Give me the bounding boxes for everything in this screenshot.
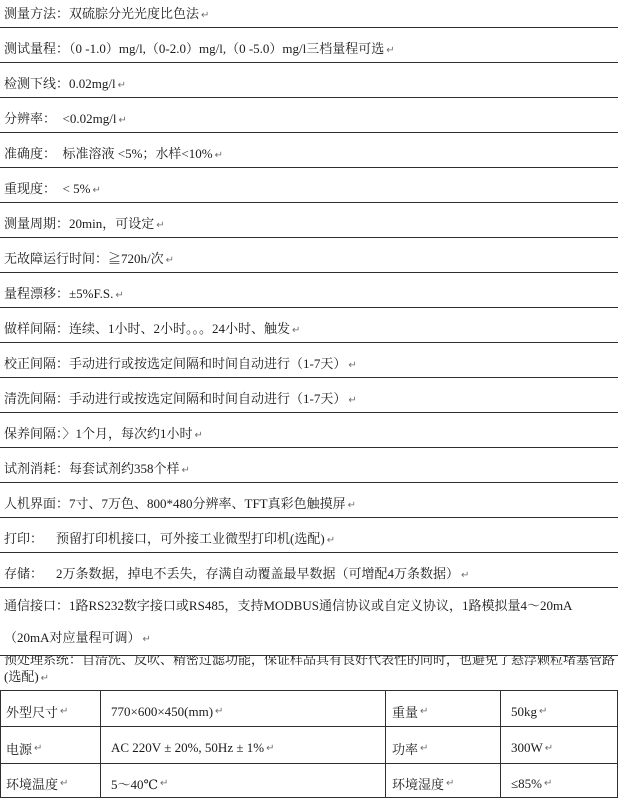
paragraph-mark-icon: ↵ (346, 395, 356, 406)
cell-text: ≤85% (511, 776, 542, 792)
spec-row-measure-method: 测量方法：双硫腙分光光度比色法↵ (0, 0, 618, 28)
spec-text: 预处理系统：自清洗、反吹、精密过滤功能，保证样品具有良好代表性的同时，也避免了悬… (0, 656, 618, 690)
spec-text: 存储： 2万条数据，掉电不丢失，存满自动覆盖最早数据（可增配4万条数据）↵ (0, 565, 618, 587)
spec-row-communication-interface: 通信接口：1路RS232数字接口或RS485，支持MODBUS通信协议或自定义协… (0, 588, 618, 656)
paragraph-mark-icon: ↵ (90, 185, 100, 196)
table-cell-value: AC 220V ± 20%, 50Hz ± 1%↵ (101, 727, 386, 763)
cell-text: AC 220V ± 20%, 50Hz ± 1% (111, 740, 264, 756)
table-cell-value: ≤85%↵ (501, 764, 617, 797)
spec-value: 自清洗、反吹、精密过滤功能，保证样品具有良好代表性的同时，也避免了悬浮颗粒堵塞管… (4, 656, 615, 684)
paragraph-mark-icon: ↵ (444, 778, 454, 789)
spec-row-pretreatment-system: 预处理系统：自清洗、反吹、精密过滤功能，保证样品具有良好代表性的同时，也避免了悬… (0, 656, 618, 691)
spec-list: 测量方法：双硫腙分光光度比色法↵ 测试量程：（0 -1.0）mg/l,（0-2.… (0, 0, 618, 691)
cell-text: 环境湿度 (392, 774, 444, 793)
paragraph-mark-icon: ↵ (58, 706, 68, 717)
paragraph-mark-icon: ↵ (537, 706, 547, 717)
spec-row-cleaning-interval: 清洗间隔：手动进行或按选定间隔和时间自动进行（1-7天）↵ (0, 378, 618, 413)
parameters-table: 外型尺寸↵ 770×600×450(mm)↵ 重量↵ 50kg↵ 电源↵ AC … (0, 691, 618, 798)
spec-value: 20min，可设定 (69, 216, 154, 231)
spec-value: 双硫腙分光光度比色法 (69, 6, 199, 21)
table-row-power-supply: 电源↵ AC 220V ± 20%, 50Hz ± 1%↵ 功率↵ 300W↵ (1, 727, 617, 764)
cell-text: 电源 (6, 739, 32, 758)
spec-text: 清洗间隔：手动进行或按选定间隔和时间自动进行（1-7天）↵ (0, 390, 618, 412)
table-cell-label: 外型尺寸↵ (1, 691, 101, 726)
spec-text: 打印： 预留打印机接口，可外接工业微型打印机(选配)↵ (0, 530, 618, 552)
table-cell-value: 300W↵ (501, 727, 617, 763)
spec-text: 测试量程：（0 -1.0）mg/l,（0-2.0）mg/l,（0 -5.0）mg… (0, 40, 618, 62)
paragraph-mark-icon: ↵ (32, 743, 42, 754)
spec-text: 检测下线：0.02mg/l↵ (0, 75, 618, 97)
cell-text: 重量 (392, 702, 418, 721)
paragraph-mark-icon: ↵ (418, 706, 428, 717)
spec-row-hmi: 人机界面：7寸、7万色、800*480分辨率、TFT真彩色触摸屏↵ (0, 483, 618, 518)
paragraph-mark-icon: ↵ (346, 360, 356, 371)
spec-label: 保养间隔： (4, 426, 63, 441)
spec-row-repeatability: 重现度： < 5%↵ (0, 168, 618, 203)
spec-text: 分辨率： <0.02mg/l↵ (0, 110, 618, 132)
table-row-environment: 环境温度↵ 5～40℃↵ 环境湿度↵ ≤85%↵ (1, 764, 617, 798)
spec-text: 测量周期：20min，可设定↵ (0, 215, 618, 237)
paragraph-mark-icon: ↵ (113, 290, 123, 301)
spec-value: 〉1个月，每次约1小时 (63, 426, 193, 441)
spec-text: 校正间隔：手动进行或按选定间隔和时间自动进行（1-7天）↵ (0, 355, 618, 377)
paragraph-mark-icon: ↵ (58, 778, 68, 789)
spec-label: 量程漂移： (4, 286, 69, 301)
table-cell-value: 50kg↵ (501, 691, 617, 726)
spec-value: ±5%F.S. (69, 286, 113, 301)
spec-row-sampling-interval: 做样间隔：连续、1小时、2小时。。。24小时、触发↵ (0, 308, 618, 343)
paragraph-mark-icon: ↵ (213, 150, 223, 161)
paragraph-mark-icon: ↵ (290, 325, 300, 336)
table-cell-label: 环境温度↵ (1, 764, 101, 797)
spec-value: 1路RS232数字接口或RS485，支持MODBUS通信协议或自定义协议，1路模… (4, 598, 572, 645)
spec-value: < 5% (56, 181, 90, 196)
spec-value: 手动进行或按选定间隔和时间自动进行（1-7天） (69, 356, 346, 371)
paragraph-mark-icon: ↵ (116, 115, 126, 126)
spec-value: 7寸、7万色、800*480分辨率、TFT真彩色触摸屏 (69, 496, 346, 511)
cell-text: 功率 (392, 739, 418, 758)
spec-text: 人机界面：7寸、7万色、800*480分辨率、TFT真彩色触摸屏↵ (0, 495, 618, 517)
spec-row-printing: 打印： 预留打印机接口，可外接工业微型打印机(选配)↵ (0, 518, 618, 553)
spec-row-test-range: 测试量程：（0 -1.0）mg/l,（0-2.0）mg/l,（0 -5.0）mg… (0, 28, 618, 63)
spec-text: 量程漂移：±5%F.S.↵ (0, 285, 618, 307)
paragraph-mark-icon: ↵ (346, 500, 356, 511)
paragraph-mark-icon: ↵ (325, 535, 335, 546)
cell-text: 外型尺寸 (6, 702, 58, 721)
spec-row-storage: 存储： 2万条数据，掉电不丢失，存满自动覆盖最早数据（可增配4万条数据）↵ (0, 553, 618, 588)
spec-row-measure-cycle: 测量周期：20min，可设定↵ (0, 203, 618, 238)
cell-text: 300W (511, 740, 543, 756)
table-cell-label: 电源↵ (1, 727, 101, 763)
spec-text: 通信接口：1路RS232数字接口或RS485，支持MODBUS通信协议或自定义协… (0, 588, 618, 656)
paragraph-mark-icon: ↵ (213, 706, 223, 717)
spec-value: 0.02mg/l (69, 76, 116, 91)
table-cell-value: 5～40℃↵ (101, 764, 386, 797)
spec-label: 无故障运行时间： (4, 251, 108, 266)
paragraph-mark-icon: ↵ (384, 45, 394, 56)
spec-row-mtbf: 无故障运行时间：≧720h/次↵ (0, 238, 618, 273)
table-cell-label: 功率↵ (386, 727, 501, 763)
spec-label: 准确度： (4, 146, 56, 161)
paragraph-mark-icon: ↵ (164, 255, 174, 266)
paragraph-mark-icon: ↵ (154, 220, 164, 231)
cell-text: 50kg (511, 704, 537, 720)
cell-text: 770×600×450(mm) (111, 704, 213, 720)
spec-label: 通信接口： (4, 598, 69, 613)
spec-row-maintenance-interval: 保养间隔：〉1个月，每次约1小时↵ (0, 413, 618, 448)
paragraph-mark-icon: ↵ (264, 743, 274, 754)
spec-label: 预处理系统： (4, 656, 82, 667)
spec-text: 试剂消耗：每套试剂约358个样↵ (0, 460, 618, 482)
spec-row-resolution: 分辨率： <0.02mg/l↵ (0, 98, 618, 133)
spec-value: 标准溶液 <5%；水样<10% (56, 146, 213, 161)
table-cell-value: 770×600×450(mm)↵ (101, 691, 386, 726)
cell-text: 环境温度 (6, 774, 58, 793)
spec-value: 预留打印机接口，可外接工业微型打印机(选配) (43, 531, 325, 546)
spec-label: 打印： (4, 531, 43, 546)
cell-text: 5～40℃ (111, 774, 158, 793)
spec-label: 清洗间隔： (4, 391, 69, 406)
paragraph-mark-icon: ↵ (193, 430, 203, 441)
spec-label: 测量方法： (4, 6, 69, 21)
spec-value: 连续、1小时、2小时。。。24小时、触发 (69, 321, 290, 336)
spec-row-calibration-interval: 校正间隔：手动进行或按选定间隔和时间自动进行（1-7天）↵ (0, 343, 618, 378)
paragraph-mark-icon: ↵ (141, 634, 151, 645)
spec-label: 校正间隔： (4, 356, 69, 371)
spec-text: 测量方法：双硫腙分光光度比色法↵ (0, 5, 618, 27)
spec-row-reagent-consumption: 试剂消耗：每套试剂约358个样↵ (0, 448, 618, 483)
spec-label: 做样间隔： (4, 321, 69, 336)
spec-label: 检测下线： (4, 76, 69, 91)
spec-value: ≧720h/次 (108, 251, 164, 266)
spec-row-accuracy: 准确度： 标准溶液 <5%；水样<10%↵ (0, 133, 618, 168)
spec-value: 手动进行或按选定间隔和时间自动进行（1-7天） (69, 391, 346, 406)
spec-label: 人机界面： (4, 496, 69, 511)
spec-text: 保养间隔：〉1个月，每次约1小时↵ (0, 425, 618, 447)
spec-value: （0 -1.0）mg/l,（0-2.0）mg/l,（0 -5.0）mg/l三档量… (69, 41, 384, 56)
spec-label: 测试量程： (4, 41, 69, 56)
spec-text: 无故障运行时间：≧720h/次↵ (0, 250, 618, 272)
spec-value: <0.02mg/l (56, 111, 116, 126)
paragraph-mark-icon: ↵ (116, 80, 126, 91)
spec-sheet: 测量方法：双硫腙分光光度比色法↵ 测试量程：（0 -1.0）mg/l,（0-2.… (0, 0, 618, 798)
table-row-dimensions: 外型尺寸↵ 770×600×450(mm)↵ 重量↵ 50kg↵ (1, 691, 617, 727)
spec-label: 存储： (4, 566, 43, 581)
table-cell-label: 重量↵ (386, 691, 501, 726)
spec-label: 试剂消耗： (4, 461, 69, 476)
spec-text: 准确度： 标准溶液 <5%；水样<10%↵ (0, 145, 618, 167)
spec-text: 做样间隔：连续、1小时、2小时。。。24小时、触发↵ (0, 320, 618, 342)
paragraph-mark-icon: ↵ (542, 778, 552, 789)
spec-value: 每套试剂约358个样 (69, 461, 180, 476)
paragraph-mark-icon: ↵ (39, 673, 49, 684)
spec-label: 分辨率： (4, 111, 56, 126)
spec-row-detection-limit: 检测下线：0.02mg/l↵ (0, 63, 618, 98)
paragraph-mark-icon: ↵ (543, 743, 553, 754)
spec-label: 重现度： (4, 181, 56, 196)
paragraph-mark-icon: ↵ (158, 778, 168, 789)
paragraph-mark-icon: ↵ (180, 465, 190, 476)
paragraph-mark-icon: ↵ (418, 743, 428, 754)
paragraph-mark-icon: ↵ (459, 570, 469, 581)
spec-text: 重现度： < 5%↵ (0, 180, 618, 202)
spec-row-range-drift: 量程漂移：±5%F.S.↵ (0, 273, 618, 308)
paragraph-mark-icon: ↵ (199, 10, 209, 21)
table-cell-label: 环境湿度↵ (386, 764, 501, 797)
spec-value: 2万条数据，掉电不丢失，存满自动覆盖最早数据（可增配4万条数据） (43, 566, 459, 581)
spec-label: 测量周期： (4, 216, 69, 231)
